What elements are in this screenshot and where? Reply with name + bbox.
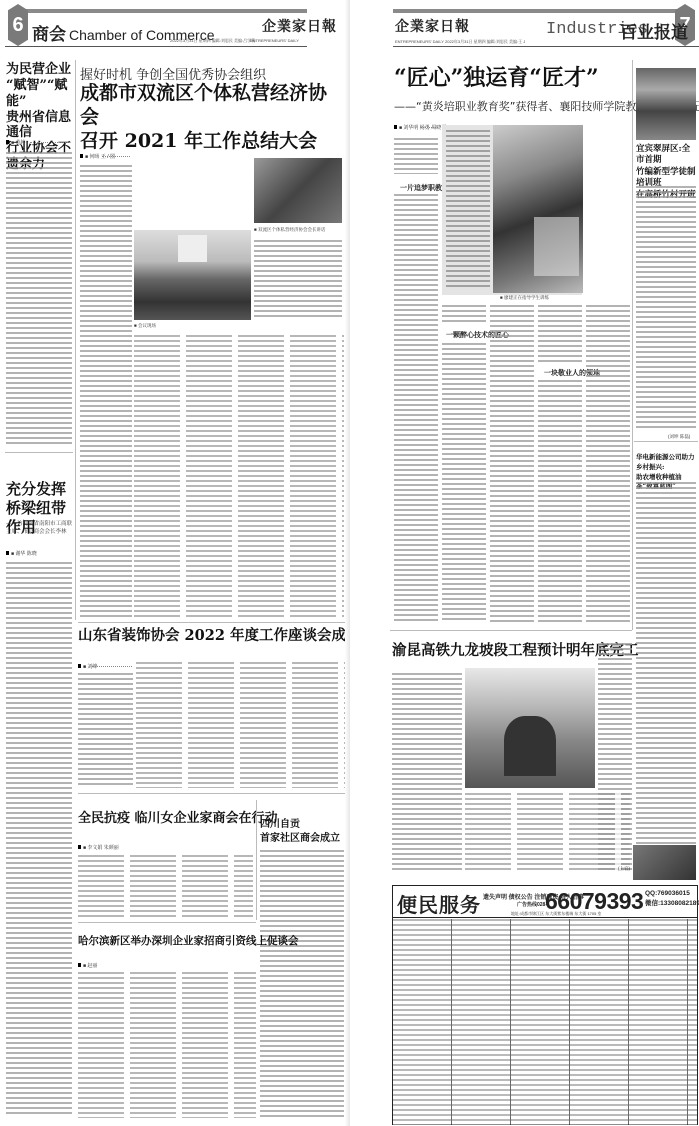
header-rule <box>5 46 307 47</box>
headline-line: 贵州省信息通信 <box>6 110 76 142</box>
classifieds-banner: 便民服务 遗失声明 债权公告 注销减资 寻人启事 广告热线028- 660793… <box>393 886 697 918</box>
classifieds-qq: QQ:769036015 <box>645 890 690 899</box>
article-craftsman-col4-top <box>538 305 582 363</box>
article-chengdu-col-side <box>254 240 342 320</box>
headline-line: 宜宾翠屏区:全市首期 <box>636 144 698 167</box>
headline-line: 华电新能源公司助力乡村振兴: <box>636 453 698 473</box>
section-rule <box>390 630 632 631</box>
article-nanyang-subtitle: ——访河南省南阳市工商联主席、市总商会会长李林 <box>6 520 72 537</box>
header-bar <box>10 9 307 13</box>
article-chengdu-col1 <box>80 165 132 620</box>
headline-line: 成都市双流区个体私营经济协会 <box>80 82 345 130</box>
photo-speaker <box>254 158 342 223</box>
article-yibin-credit: (刘坤 陈磊) <box>668 434 690 440</box>
header-bar <box>393 9 678 13</box>
photo-craftsman-caption: ■ 廖建正在指导学生训练 <box>500 295 549 301</box>
article-craftsman-headline: “匠心”独运育“匠才” <box>394 66 599 91</box>
section-rule <box>78 922 256 923</box>
article-chengdu-kicker: 握好时机 争创全国优秀协会组织 <box>80 64 266 83</box>
article-shandong-body <box>136 662 346 788</box>
article-linchuan-headline: 全民抗疫 临川女企业家商会在行动 <box>78 812 278 827</box>
article-craftsman-col2 <box>442 343 486 623</box>
byline-rule <box>102 156 130 157</box>
article-craftsman-intro <box>394 138 438 174</box>
issue-meta: 2022年3月31日 星期四 编辑:刘思民 美编:吕学莉 <box>170 38 255 44</box>
headline-line: 首家社区商会成立 <box>260 832 340 846</box>
article-chengdu-headline: 成都市双流区个体私营经济协会 召开 2021 年工作总结大会 <box>80 82 345 153</box>
section-rule <box>634 441 698 442</box>
photo-bamboo-training <box>636 68 696 140</box>
article-craftsman-col2-top <box>442 305 486 325</box>
classifieds-title: 便民服务 <box>397 889 481 918</box>
page-header: 6 商会Chamber of Commerce 企業家日報 ENTREPRENE… <box>0 0 350 50</box>
section-title-zh: 百业报道 <box>620 18 688 43</box>
headline-line: “赋智”“赋能” <box>6 78 76 110</box>
classifieds-ad: 便民服务 遗失声明 债权公告 注销减资 寻人启事 广告热线028- 660793… <box>392 885 698 1125</box>
photo-bottom-right <box>633 845 696 880</box>
article-railway-body <box>465 793 630 873</box>
byline-rule <box>420 127 438 128</box>
page-7: 7 企業家日報 ENTREPRENEURS' DAILY 2022年3月31日 … <box>350 0 699 1126</box>
article-craftsman-col4 <box>538 380 582 623</box>
classifieds-wechat: 微信:13308082189 <box>645 900 699 909</box>
photo-railway-tunnel <box>465 668 595 788</box>
masthead: 企業家日報 <box>395 16 470 36</box>
headline-line: 召开 2021 年工作总结大会 <box>80 130 345 154</box>
pullquote-text <box>446 130 490 290</box>
photo-machine <box>534 217 579 276</box>
section-title-zh: 商会 <box>32 25 66 44</box>
photo-meeting-caption: ■ 会议现场 <box>134 323 156 329</box>
article-nanyang-body <box>6 562 72 1117</box>
classifieds-address: 地址:成都市锦江区 东大街紫东楼端 东大街 1705 室 <box>511 911 601 917</box>
headline-line: 充分发挥 <box>6 480 76 499</box>
classifieds-hotline-label: 广告热线028- <box>517 902 547 909</box>
article-craftsman-col1 <box>394 194 438 624</box>
photo-meeting-hall <box>134 230 251 320</box>
byline-rule <box>30 142 70 143</box>
article-harbin-byline: ■ 赵丽 <box>78 962 97 969</box>
page-6: 6 商会Chamber of Commerce 企業家日報 ENTREPRENE… <box>0 0 350 1126</box>
header-rule <box>393 46 699 47</box>
article-yibin-body <box>636 186 696 431</box>
issue-meta: 2022年3月31日 星期四 编辑:刘思民 美编:王 J <box>445 39 525 45</box>
section-rule <box>5 452 73 453</box>
article-harbin-body <box>78 972 256 1118</box>
article-nanyang-byline: ■ 谢华 陈晓 <box>6 550 37 557</box>
headline-line: 四川自贡 <box>260 818 340 832</box>
photo-speaker-caption: ■ 双流区个体私营经济协会会长讲话 <box>254 227 325 233</box>
photo-craftsman-teacher <box>493 125 583 293</box>
article-shandong-headline: 山东省装饰协会 2022 年度工作座谈会成功举办 <box>78 628 389 645</box>
article-railway-col1 <box>392 673 462 873</box>
column-rule <box>632 60 633 630</box>
photo-tunnel-portal <box>504 716 556 776</box>
article-huadian-body <box>636 482 696 877</box>
article-craftsman-col3 <box>490 305 534 623</box>
article-guizhou-byline: ■ 黄婷 <box>6 139 25 146</box>
article-zigong-body <box>260 850 344 1118</box>
page-number-badge: 6 <box>8 4 28 46</box>
section-rule <box>78 622 346 623</box>
article-zigong-headline: 四川自贡 首家社区商会成立 <box>260 818 340 845</box>
article-craftsman-col5 <box>586 305 630 623</box>
article-shandong-col1 <box>78 673 133 788</box>
page-header: 7 企業家日報 ENTREPRENEURS' DAILY 2022年3月31日 … <box>350 0 699 50</box>
masthead-en: ENTREPRENEURS' DAILY <box>395 39 444 44</box>
article-linchuan-body <box>78 855 253 917</box>
headline-line: 为民营企业 <box>6 62 76 78</box>
masthead-en: ENTREPRENEURS' DAILY <box>250 38 299 43</box>
classifieds-listings <box>393 919 697 1125</box>
article-harbin-headline: 哈尔滨新区举办深圳企业家招商引资线上促谈会 <box>78 935 299 947</box>
article-guizhou-body <box>6 152 72 447</box>
article-chengdu-body <box>134 335 344 620</box>
masthead: 企業家日報 <box>262 16 337 36</box>
byline-rule <box>92 666 132 667</box>
photo-screen <box>178 235 206 262</box>
section-rule <box>78 793 346 794</box>
article-linchuan-byline: ■ 李文娟 朱颜丽 <box>78 844 119 851</box>
column-rule <box>256 800 257 920</box>
article-railway-credit: (上官) <box>618 866 630 872</box>
